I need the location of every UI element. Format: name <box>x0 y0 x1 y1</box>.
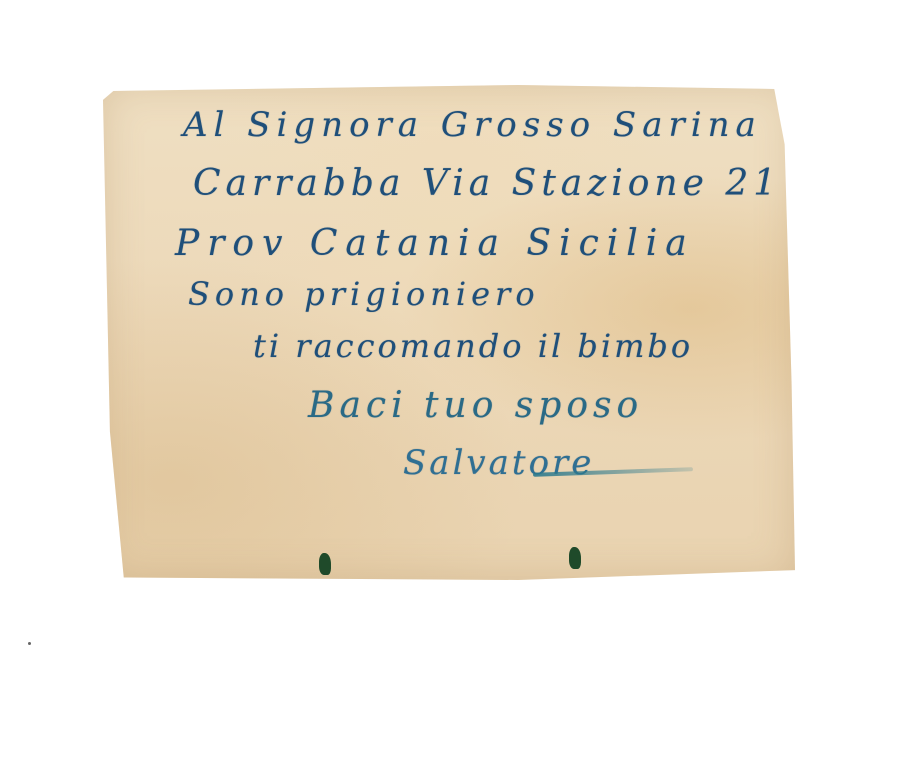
address-line-street: Carrabba Via Stazione 21 <box>193 163 781 204</box>
message-line-1: Sono prigioniero <box>188 275 540 313</box>
signature: Salvatore <box>403 443 594 483</box>
ink-stain-left <box>319 553 331 575</box>
message-line-2: ti raccomando il bimbo <box>253 327 693 365</box>
address-line-recipient: Al Signora Grosso Sarina <box>183 105 762 145</box>
handwritten-note-paper: Al Signora Grosso Sarina Carrabba Via St… <box>103 85 795 580</box>
address-line-province: Prov Catania Sicilia <box>175 223 695 264</box>
dust-speck <box>28 642 31 645</box>
closing-line: Baci tuo sposo <box>308 385 643 426</box>
ink-stain-right <box>569 547 581 569</box>
scan-canvas: Al Signora Grosso Sarina Carrabba Via St… <box>0 0 900 768</box>
